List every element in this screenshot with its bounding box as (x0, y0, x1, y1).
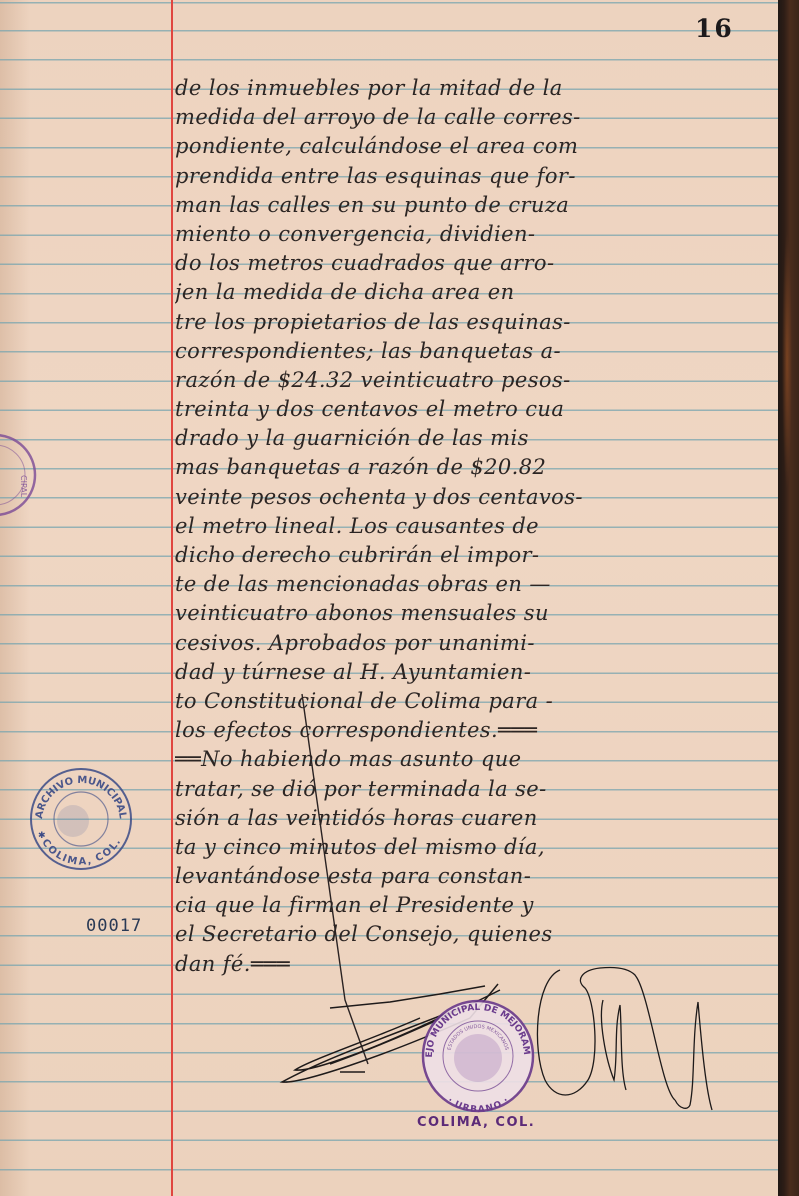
text-line: medida del arroyo de la calle corres- (175, 103, 775, 132)
text-line: jen la medida de dicha area en (175, 278, 775, 307)
svg-text:✱: ✱ (38, 831, 46, 841)
secretary-signature (537, 967, 712, 1110)
text-line: treinta y dos centavos el metro cua (175, 395, 775, 424)
text-line: drado y la guarnición de las mis (175, 424, 775, 453)
folio-number: 00017 (86, 916, 142, 936)
text-line: dicho derecho cubrirán el impor- (175, 541, 775, 570)
svg-text:COLIMA, COL.: COLIMA, COL. (39, 837, 123, 868)
text-line: te de las mencionadas obras en — (175, 570, 775, 599)
archivo-municipal-stamp: ARCHIVO MUNICIPAL COLIMA, COL. ✱ (28, 766, 134, 872)
text-line: tre los propietarios de las esquinas- (175, 308, 775, 337)
text-line: veinticuatro abonos mensuales su (175, 599, 775, 628)
text-line: pondiente, calculándose el area com (175, 132, 775, 161)
text-line: veinte pesos ochenta y dos centavos- (175, 483, 775, 512)
text-line: razón de $24.32 veinticuatro pesos- (175, 366, 775, 395)
svg-text:CIPAL: CIPAL (19, 475, 28, 498)
text-line: ══No habiendo mas asunto que (175, 745, 775, 774)
text-line: tratar, se dió por terminada la se- (175, 775, 775, 804)
text-line: to Constitucional de Colima para - (175, 687, 775, 716)
text-line: prendida entre las esquinas que for- (175, 162, 775, 191)
text-line: los efectos correspondientes.═══ (175, 716, 775, 745)
text-line: correspondientes; las banquetas a- (175, 337, 775, 366)
text-line: ta y cinco minutos del mismo día, (175, 833, 775, 862)
text-line: levantándose esta para constan- (175, 862, 775, 891)
text-line: el Secretario del Consejo, quienes (175, 920, 775, 949)
book-binding (778, 0, 799, 1196)
page-number: 16 (695, 14, 734, 43)
text-line: mas banquetas a razón de $20.82 (175, 453, 775, 482)
partial-stamp-left: CIPAL (0, 430, 40, 520)
handwritten-minutes: de los inmuebles por la mitad de la medi… (175, 74, 775, 979)
ledger-page: 16 de los inmuebles por la mitad de la m… (0, 0, 780, 1196)
text-line: de los inmuebles por la mitad de la (175, 74, 775, 103)
text-line: sión a las veintidós horas cuaren (175, 804, 775, 833)
text-line: el metro lineal. Los causantes de (175, 512, 775, 541)
red-margin-line (171, 0, 173, 1196)
stamp-location-text: COLIMA, COL. (417, 1115, 535, 1130)
text-line: cia que la firman el Presidente y (175, 891, 775, 920)
text-line: cesivos. Aprobados por unanimi- (175, 629, 775, 658)
text-line: do los metros cuadrados que arro- (175, 249, 775, 278)
text-line: dad y túrnese al H. Ayuntamien- (175, 658, 775, 687)
text-line: man las calles en su punto de cruza (175, 191, 775, 220)
consejo-municipal-stamp: CONSEJO MUNICIPAL DE MEJORAMIENTO · URBA… (420, 998, 536, 1114)
text-line: miento o convergencia, dividien- (175, 220, 775, 249)
